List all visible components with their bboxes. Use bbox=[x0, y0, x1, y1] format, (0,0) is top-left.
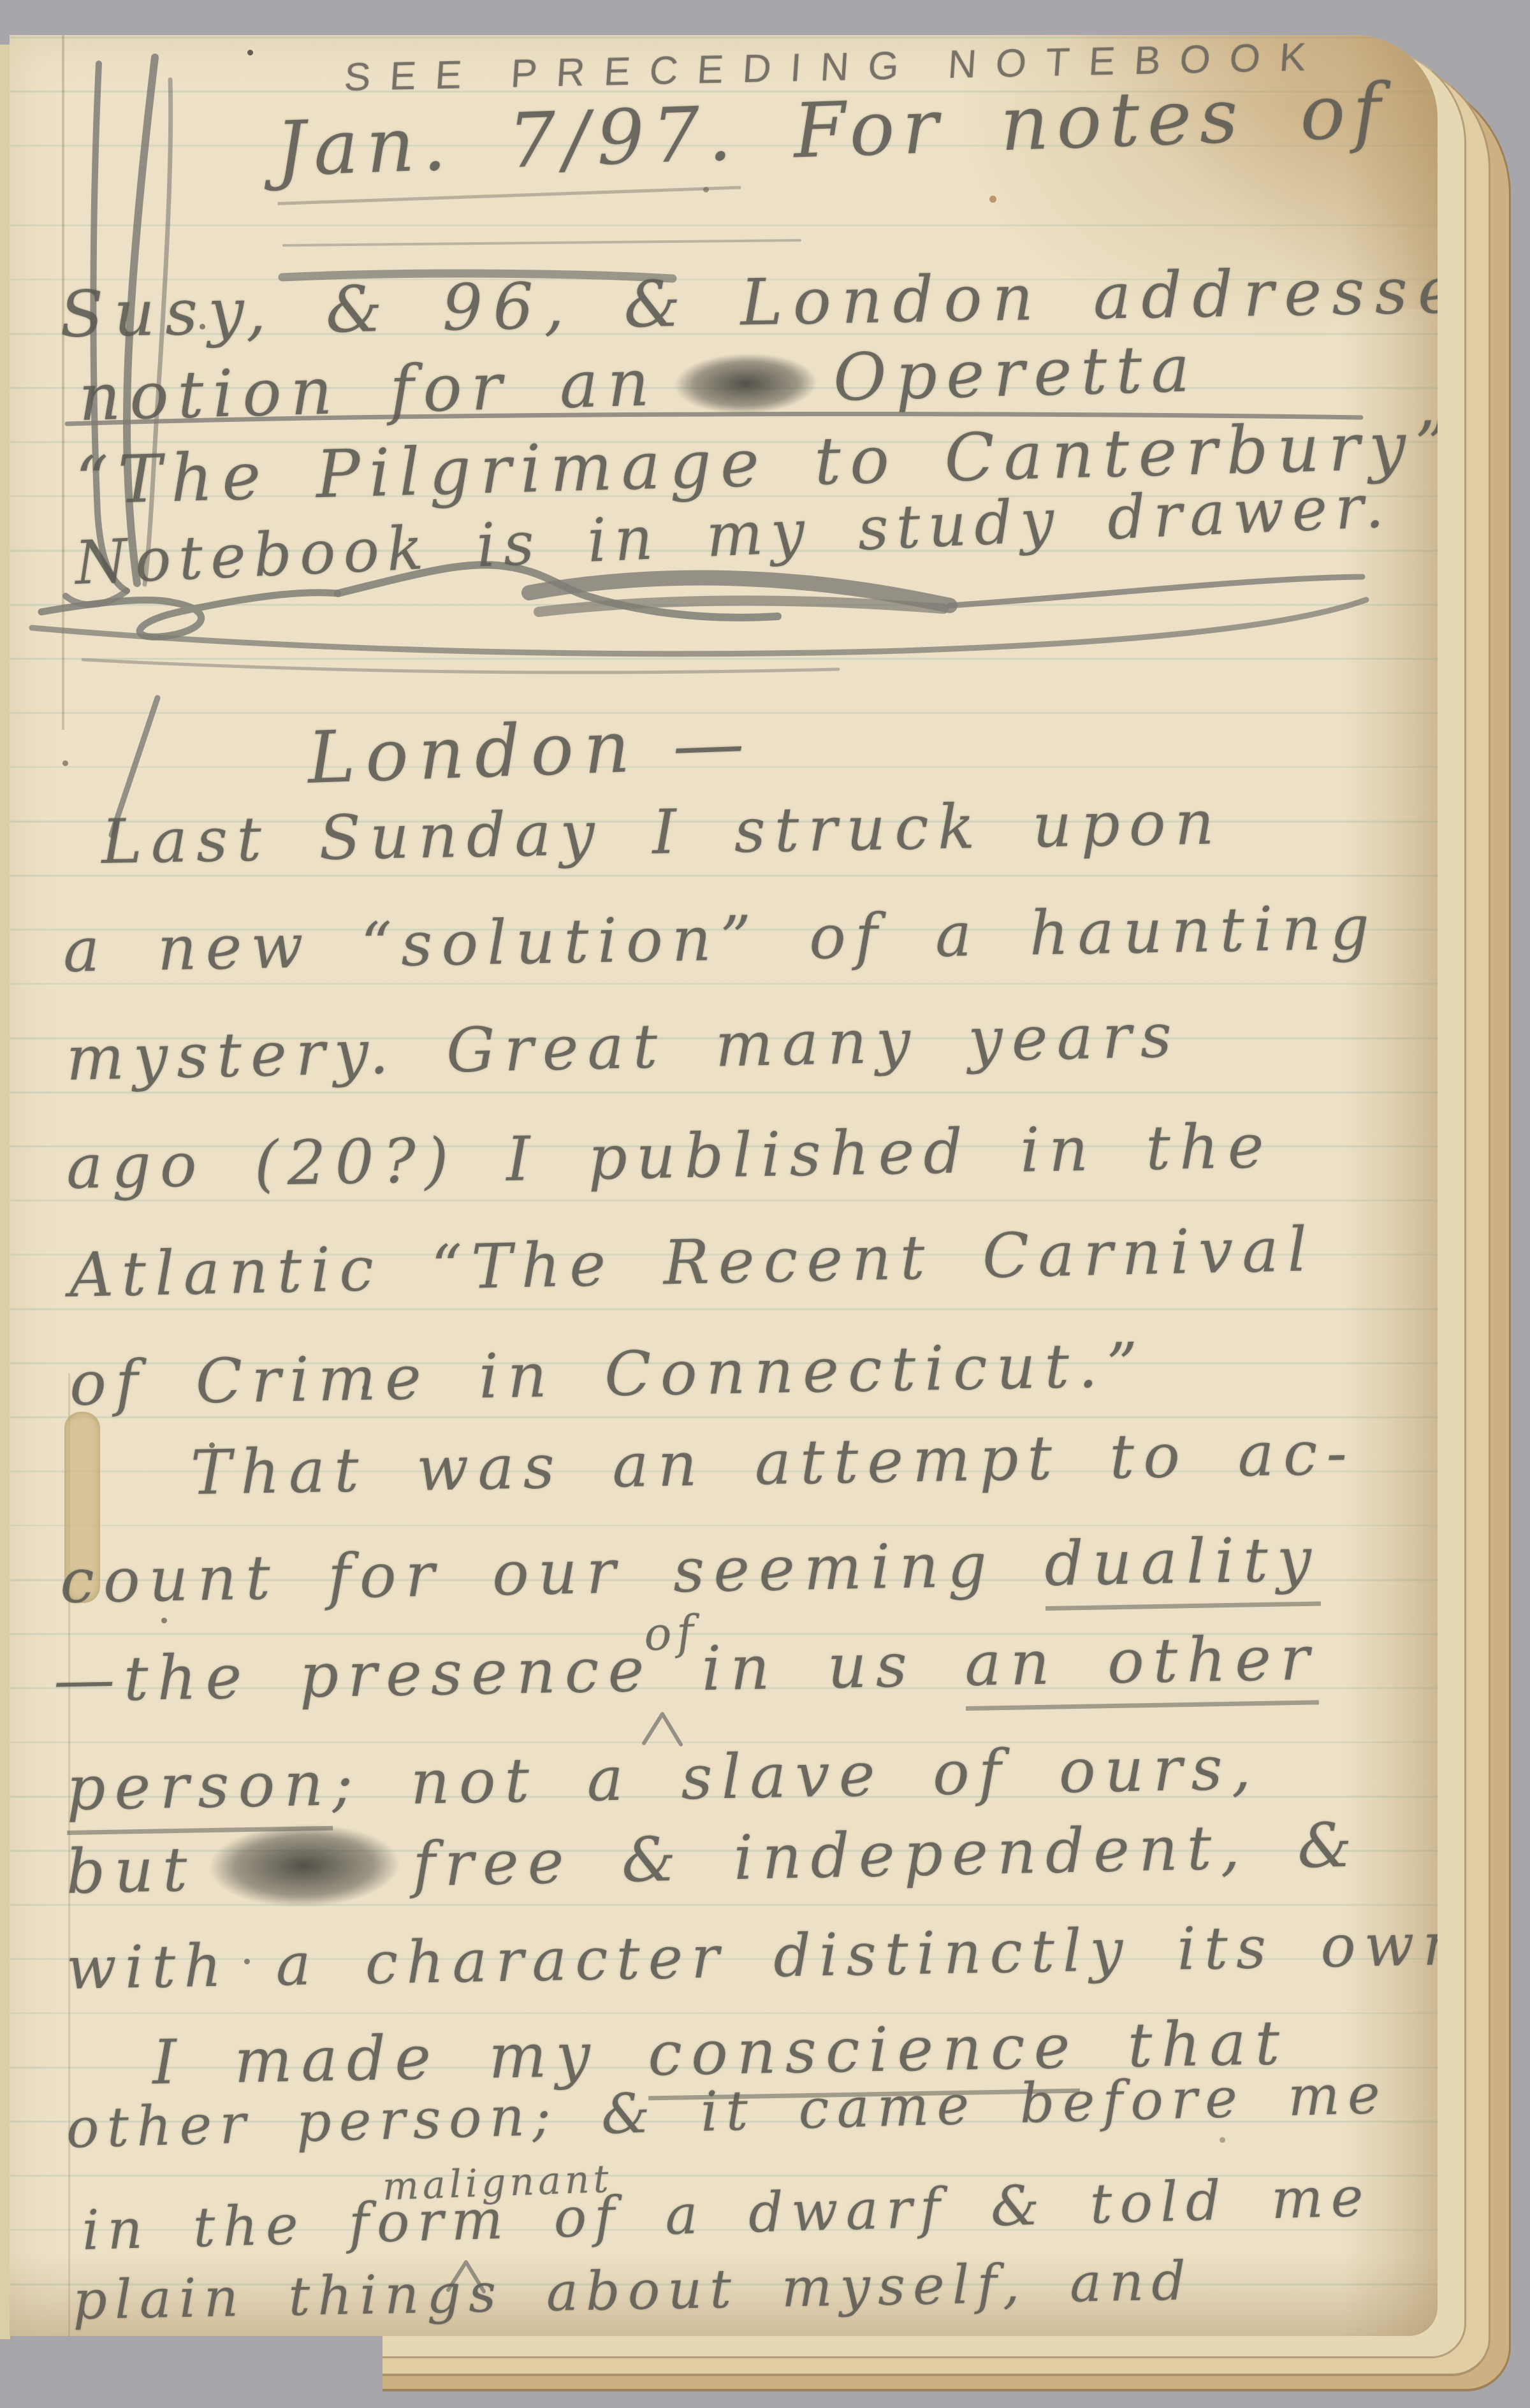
paper-specks bbox=[10, 35, 13, 38]
para2-line-5-post: free & independent, & bbox=[412, 1809, 1362, 1900]
flourish-scribble-shaded bbox=[539, 600, 943, 612]
flourish-scribble bbox=[32, 600, 1366, 654]
operetta-pre: notion for an bbox=[78, 345, 659, 436]
section-heading-london: London — bbox=[306, 702, 755, 800]
underlined-person: person bbox=[66, 1748, 333, 1835]
flourish-scribble bbox=[950, 577, 1362, 606]
underlined-duality: duality bbox=[1044, 1524, 1321, 1611]
operetta-post: Operetta bbox=[833, 331, 1200, 416]
flourish-scribble bbox=[41, 593, 338, 637]
para2-line-5-pre: but bbox=[66, 1834, 197, 1908]
insertion-caret-of bbox=[644, 1714, 681, 1744]
date-underline-light bbox=[284, 240, 800, 245]
para2-line-3-pre: —the presence in us bbox=[53, 1628, 965, 1716]
body-line-5: Atlantic “The Recent Carnival bbox=[69, 1214, 1317, 1311]
photo-of-notebook-page: { "colors": { "backdrop": "#a7a6aa", "pa… bbox=[0, 0, 1530, 2408]
scribbled-out-word bbox=[673, 352, 818, 416]
para3-line-3-pre: in the form of a bbox=[81, 2182, 749, 2263]
para2-line-2: count for our seeming duality bbox=[59, 1524, 1321, 1617]
body-line-1: Last Sunday I struck upon bbox=[101, 787, 1223, 878]
paper-stain-right-band bbox=[1342, 35, 1438, 2336]
para2-line-2-pre: count for our seeming bbox=[59, 1528, 1045, 1617]
para2-line-3: —the presence in us an other bbox=[53, 1622, 1319, 1716]
body-line-6: of Crime in Connecticut.” bbox=[69, 1330, 1147, 1419]
para2-line-4-post: ; not a slave of ours, bbox=[331, 1732, 1260, 1819]
para2-line-6: with a character distinctly its own. bbox=[66, 1910, 1438, 2003]
date-text: Jan. 7/97. bbox=[274, 89, 741, 205]
para3-line-3-post: dwarf & told me bbox=[748, 2165, 1372, 2245]
flourish-scribble bbox=[83, 660, 838, 672]
scribbled-out-word bbox=[208, 1822, 401, 1909]
header-line-addresses: Susy, & 96, & London addresses, bbox=[59, 252, 1438, 352]
para3-line-3: in the form of a dwarf & told me bbox=[81, 2165, 1371, 2263]
flourish-scribble-shaded bbox=[529, 578, 950, 606]
body-line-2: a new “solution” of a haunting bbox=[62, 892, 1379, 986]
notebook-page: SEE PRECEDING NOTEBOOK Jan. 7/97. For no… bbox=[10, 35, 1438, 2336]
para3-line-4: plain things about myself, and bbox=[72, 2249, 1193, 2332]
underlined-an-other: an other bbox=[964, 1622, 1319, 1711]
body-line-3: mystery. Great many years bbox=[66, 999, 1181, 1094]
paper-crease-upper-left bbox=[62, 35, 64, 730]
body-line-4: ago (20?) I published in the bbox=[66, 1110, 1273, 1203]
para2-line-1: That was an attempt to ac- bbox=[190, 1417, 1357, 1509]
